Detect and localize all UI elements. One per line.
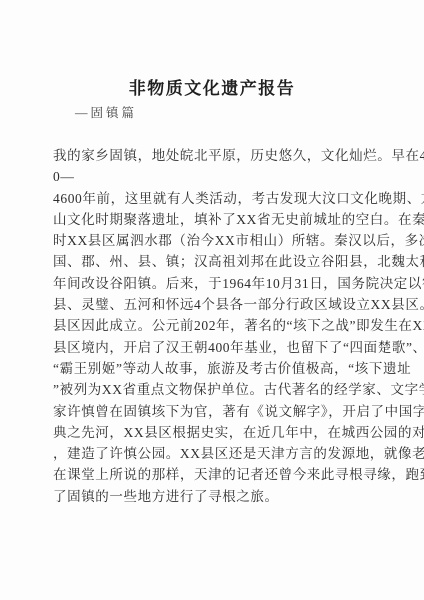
body-line: 0— xyxy=(53,166,415,187)
body-line: 县区境内，开启了汉王朝400年基业，也留下了“四面楚歌”、 xyxy=(53,337,415,358)
body-line: 年间改设谷阳镇。后来，于1964年10月31日，国务院决定以宿 xyxy=(53,273,415,294)
document-body: 我的家乡固镇，地处皖北平原，历史悠久，文化灿烂。早在4300—4600年前，这里… xyxy=(53,145,415,507)
body-line: ”被列为XX省重点文物保护单位。古代著名的经学家、文字学 xyxy=(53,379,415,400)
body-line: 国、郡、州、县、镇；汉高祖刘邦在此设立谷阳县，北魏太和 xyxy=(53,251,415,272)
body-line: 山文化时期聚落遗址，填补了XX省无史前城址的空白。在秦朝 xyxy=(53,209,415,230)
body-line: 县、灵璧、五河和怀远4个县各一部分行政区域设立XX县区。XX xyxy=(53,294,415,315)
body-line: “霸王别姬”等动人故事，旅游及考古价值极高，“垓下遗址 xyxy=(53,358,415,379)
body-line: 县区因此成立。公元前202年，著名的“垓下之战”即发生在XX xyxy=(53,315,415,336)
body-line: 我的家乡固镇，地处皖北平原，历史悠久，文化灿烂。早在430 xyxy=(53,145,415,166)
document-subtitle: —固镇篇 xyxy=(75,103,137,121)
body-line: 4600年前，这里就有人类活动，考古发现大汶口文化晚期、龙 xyxy=(53,188,415,209)
body-line: 时XX县区属泗水郡（治今XX市相山）所辖。秦汉以后，多次设 xyxy=(53,230,415,251)
document-title: 非物质文化遗产报告 xyxy=(0,74,424,99)
body-line: 家许慎曾在固镇垓下为官，著有《说文解字》，开启了中国字 xyxy=(53,401,415,422)
body-line: 了固镇的一些地方进行了寻根之旅。 xyxy=(53,486,415,507)
body-line: 典之先河，XX县区根据史实，在近几年中，在城西公园的对面 xyxy=(53,422,415,443)
document-page: 非物质文化遗产报告 —固镇篇 我的家乡固镇，地处皖北平原，历史悠久，文化灿烂。早… xyxy=(0,0,424,600)
body-line: 在课堂上所说的那样，天津的记者还曾今来此寻根寻缘，跑到 xyxy=(53,464,415,485)
body-line: ，建造了许慎公园。XX县区还是天津方言的发源地，就像老师 xyxy=(53,443,415,464)
